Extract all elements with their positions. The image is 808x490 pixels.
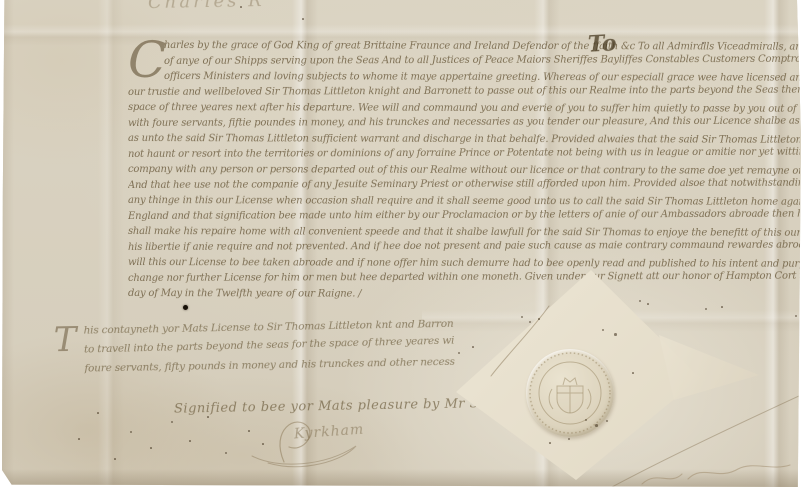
manuscript-line: England and that signification bee made … — [128, 206, 800, 224]
ink-speck — [521, 316, 523, 318]
ink-speck — [458, 352, 460, 354]
ink-speck — [78, 438, 80, 440]
manuscript-line: And that hee use not the companie of any… — [128, 175, 800, 193]
ink-speck — [472, 346, 474, 348]
bottom-edge-shadow — [2, 469, 801, 487]
drop-cap-initial-t: T — [53, 322, 84, 363]
ink-speck — [795, 315, 797, 317]
left-edge-shadow — [2, 0, 14, 487]
manuscript-body: C harles by the grace of God King of gre… — [128, 38, 800, 310]
ink-speck — [207, 416, 209, 418]
seal-arms-emboss — [526, 349, 614, 437]
clerk-signature: Kyrkham — [294, 422, 365, 443]
ink-speck — [225, 452, 227, 454]
ink-speck — [248, 430, 250, 432]
ink-speck — [302, 18, 304, 20]
royal-signet-seal — [526, 349, 614, 437]
fold-crease-vertical-left — [98, 0, 124, 487]
ink-speck — [262, 443, 264, 445]
royal-sign-manual: Charles R — [148, 0, 265, 13]
ink-speck — [97, 412, 99, 414]
ink-speck — [114, 458, 116, 460]
ink-speck — [529, 321, 531, 323]
docket-summary: T his contayneth yor Mats License to Sir… — [53, 314, 454, 379]
partial-signature-bottom-right — [642, 465, 790, 484]
manuscript-line: day of May in the Twelfth yeare of our R… — [128, 286, 800, 303]
ink-speck — [150, 447, 152, 449]
document-photo: Charles R C harles by the grace of God K… — [0, 0, 808, 490]
ink-speck — [189, 440, 191, 442]
manuscript-line: not haunt or resort into the territories… — [128, 144, 800, 162]
manuscript-line: change nor further License for him or me… — [128, 268, 800, 286]
manuscript-line: with foure servants, fiftie poundes in m… — [128, 113, 800, 131]
pin-hole — [183, 305, 188, 310]
calligraphic-to-flourish: To — [587, 30, 617, 57]
ink-speck — [171, 421, 173, 423]
manuscript-line: our trustie and wellbeloved Sir Thomas L… — [128, 82, 800, 100]
ink-speck — [130, 431, 132, 433]
parchment-sheet: Charles R C harles by the grace of God K… — [2, 0, 801, 487]
drop-cap-initial-c: C — [128, 38, 164, 83]
manuscript-line: his libertie if anie require and not pre… — [128, 237, 800, 255]
manuscript-line: of anye of our Shipps serving upon the S… — [164, 51, 800, 69]
signature-underline-flourish — [252, 446, 356, 467]
